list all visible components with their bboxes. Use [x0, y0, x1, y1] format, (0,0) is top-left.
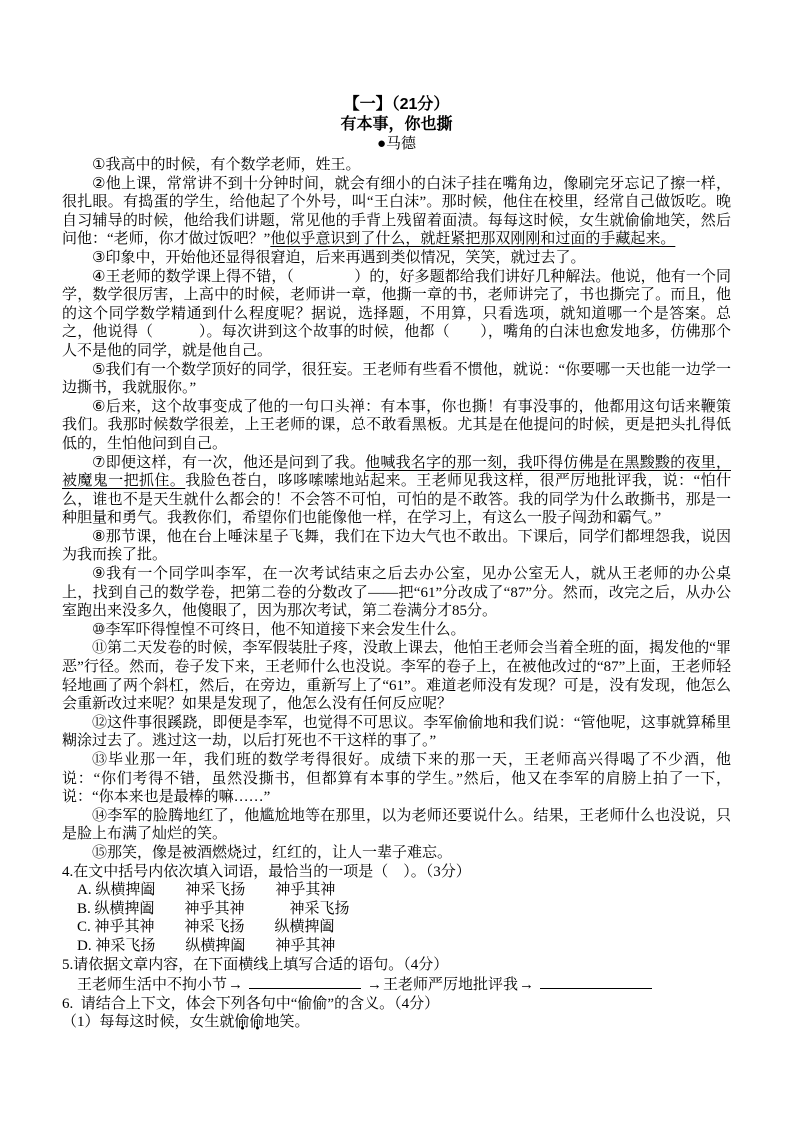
right-arrow-icon: → [366, 977, 383, 993]
article-body: ①我高中的时候，有个数学老师，姓王。②他上课，常常讲不到十分钟时间，就会有细小的… [62, 156, 731, 863]
emphasized-word: 偷偷 [235, 1014, 265, 1030]
text-run: ⑧那节课，他在台上唾沫星子飞舞，我们在下边大气也不敢出。下课后，同学们都埋怨我，… [62, 529, 731, 564]
text-run: ④王老师的数学课上得不错，（ ）的，好多题都给我们讲好几种解法。他说，他有一个同… [62, 269, 731, 359]
question-5-flow: 王老师生活中不拘小节→→王老师严厉地批评我→ [77, 974, 731, 995]
article-paragraph: ②他上课，常常讲不到十分钟时间，就会有细小的白沫子挂在嘴角边，像刷完牙忘记了擦一… [62, 175, 731, 249]
text-run: ⑩李军吓得惶惶不可终日，他不知道接下来会发生什么。 [92, 622, 465, 638]
flow-step-label: 王老师严厉地批评我 [383, 977, 518, 993]
article-paragraph: ⑦即便这样，有一次，他还是问到了我。他喊我名字的那一刻，我吓得仿佛是在黑黢黢的夜… [62, 454, 731, 528]
text-run: ①我高中的时候，有个数学老师，姓王。 [92, 157, 360, 173]
question-4-option: C. 神乎其神 神采飞扬 纵横捭阖 [77, 918, 731, 937]
article-paragraph: ⑫这件事很蹊跷，即便是李军，也觉得不可思议。李军偷偷地和我们说：“管他呢，这事就… [62, 714, 731, 751]
exam-page: 【一】（21分） 有本事，你也撕 ●马德 ①我高中的时候，有个数学老师，姓王。②… [0, 0, 793, 1122]
section-heading: 【一】（21分） [62, 95, 731, 115]
text-run: ⑬毕业那一年，我们班的数学考得很好。成绩下来的那一天，王老师高兴得喝了不少酒，他… [62, 752, 731, 805]
questions-section: 4.在文中括号内依次填入词语，最恰当的一项是（ ）。（3分） A. 纵横捭阖 神… [62, 863, 731, 1032]
right-arrow-icon: → [227, 977, 244, 993]
article-paragraph: ⑭李军的脸腾地红了，他尴尬地等在那里，以为老师还要说什么。结果，王老师什么也没说… [62, 807, 731, 844]
article-title: 有本事，你也撕 [62, 115, 731, 135]
article-paragraph: ⑨我有一个同学叫李军，在一次考试结束之后去办公室，见办公室无人，就从王老师的办公… [62, 565, 731, 621]
text-run: ⑫这件事很蹊跷，即便是李军，也觉得不可思议。李军偷偷地和我们说：“管他呢，这事就… [62, 715, 731, 750]
article-paragraph: ⑧那节课，他在台上唾沫星子飞舞，我们在下边大气也不敢出。下课后，同学们都埋怨我，… [62, 528, 731, 565]
text-run: ⑦即便这样，有一次，他还是问到了我。 [92, 455, 365, 471]
answer-blank [249, 974, 361, 989]
article-paragraph: ⑤我们有一个数学顶好的同学，很狂妄。王老师有些看不惯他，就说：“你要哪一天也能一… [62, 361, 731, 398]
article-paragraph: ④王老师的数学课上得不错，（ ）的，好多题都给我们讲好几种解法。他说，他有一个同… [62, 268, 731, 361]
article-author: ●马德 [62, 135, 731, 154]
text-run: ⑪第二天发卷的时候，李军假装肚子疼，没敢上课去，他怕王老师会当着全班的面，揭发他… [62, 640, 731, 712]
question-5-stem: 5.请依据文章内容，在下面横线上填写合适的语句。（4分） [62, 956, 731, 975]
flow-step-label: 王老师生活中不拘小节 [77, 977, 227, 993]
article-paragraph: ⑪第二天发卷的时候，李军假装肚子疼，没敢上课去，他怕王老师会当着全班的面，揭发他… [62, 639, 731, 713]
text-run: ⑥后来，这个故事变成了他的一句口头禅：有本事，你也撕！有事没事的，他都用这句话来… [62, 399, 731, 452]
text-run: ⑭李军的脸腾地红了，他尴尬地等在那里，以为老师还要说什么。结果，王老师什么也没说… [62, 808, 731, 843]
question-4-options: A. 纵横捭阖 神采飞扬 神乎其神B. 纵横捭阖 神乎其神 神采飞扬C. 神乎其… [62, 881, 731, 955]
text-run: ⑮那笑，像是被酒燃烧过，红红的，让人一辈子难忘。 [92, 845, 452, 861]
text-run: ⑤我们有一个数学顶好的同学，很狂妄。王老师有些看不惯他，就说：“你要哪一天也能一… [62, 362, 731, 397]
article-paragraph: ⑮那笑，像是被酒燃烧过，红红的，让人一辈子难忘。 [62, 844, 731, 863]
article-paragraph: ⑬毕业那一年，我们班的数学考得很好。成绩下来的那一天，王老师高兴得喝了不少酒，他… [62, 751, 731, 807]
question-6-item1: （1）每每这时候，女生就偷偷地笑。 [62, 1013, 731, 1032]
text-run: ③印象中，开始他还显得很窘迫，后来再遇到类似情况，笑笑，就过去了。 [92, 250, 585, 266]
answer-blank [540, 974, 652, 989]
article-paragraph: ③印象中，开始他还显得很窘迫，后来再遇到类似情况，笑笑，就过去了。 [62, 249, 731, 268]
question-4-stem: 4.在文中括号内依次填入词语，最恰当的一项是（ ）。（3分） [62, 863, 731, 882]
article-paragraph: ⑩李军吓得惶惶不可终日，他不知道接下来会发生什么。 [62, 621, 731, 640]
question-4-option: D. 神采飞扬 纵横捭阖 神乎其神 [77, 937, 731, 956]
text-run: （1）每每这时候，女生就 [62, 1014, 235, 1030]
text-run: 地笑。 [265, 1014, 310, 1030]
article-paragraph: ①我高中的时候，有个数学老师，姓王。 [62, 156, 731, 175]
article-paragraph: ⑥后来，这个故事变成了他的一句口头禅：有本事，你也撕！有事没事的，他都用这句话来… [62, 398, 731, 454]
underlined-sentence: 他似乎意识到了什么，就赶紧把那双刚刚和过面的手藏起来。 [270, 231, 675, 247]
question-4-option: B. 纵横捭阖 神乎其神 神采飞扬 [77, 900, 731, 919]
text-run: ⑨我有一个同学叫李军，在一次考试结束之后去办公室，见办公室无人，就从王老师的办公… [62, 566, 731, 619]
question-4-option: A. 纵横捭阖 神采飞扬 神乎其神 [77, 881, 731, 900]
right-arrow-icon: → [518, 977, 535, 993]
question-6-stem: 6. 请结合上下文，体会下列各句中“偷偷”的含义。（4分） [62, 995, 731, 1014]
